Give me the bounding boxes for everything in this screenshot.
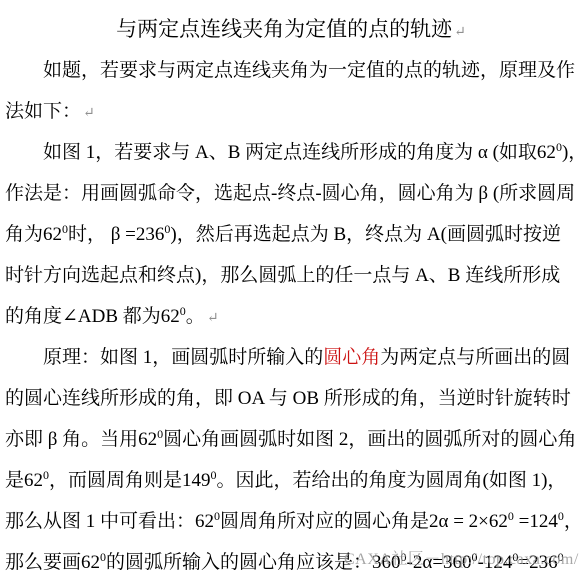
text-run: 那么从图 1 中可看出：62: [5, 511, 214, 532]
caxa-watermark: CAXA社区－http://top.caxa.com/: [344, 549, 579, 571]
text-run: =124: [514, 511, 558, 532]
superscript-degree: 0: [62, 222, 68, 236]
text-run: ，: [564, 511, 582, 532]
superscript-degree: 0: [164, 222, 170, 236]
text-run: 。: [186, 306, 205, 327]
text-run: 作法是：用画圆弧命令，选起点-终点-圆心角，圆心角为 β (所求圆周: [5, 183, 575, 204]
text-run: 时， β =236: [68, 224, 164, 245]
highlighted-term: 圆心角: [323, 347, 380, 368]
text-run: ，而圆周角则是149: [49, 470, 211, 491]
text-run: 的角度∠ADB 都为62: [5, 306, 180, 327]
text-run: 为两定点与所画出的圆: [380, 347, 570, 368]
paragraph-2-line-3: 角为620时， β =2360)，然后再选起点为 B，终点为 A(画圆弧时按逆: [5, 214, 577, 255]
paragraph-1-line-2: 法如下：↵: [5, 91, 577, 132]
paragraph-1-line-1: 如题，若要求与两定点连线夹角为一定值的点的轨迹，原理及作: [5, 50, 577, 91]
superscript-degree: 0: [43, 468, 49, 482]
text-run: 亦即 β 角。当用62: [5, 429, 157, 450]
text-run: 与两定点连线夹角为定值的点的轨迹: [116, 17, 452, 41]
text-run: 原理：如图 1，画圆弧时所输入的: [43, 347, 323, 368]
document-page: 与两定点连线夹角为定值的点的轨迹↵ 如题，若要求与两定点连线夹角为一定值的点的轨…: [0, 0, 582, 577]
paragraph-3-line-2: 的圆心连线所形成的角，即 OA 与 OB 所形成的角，当逆时针旋转时: [5, 378, 577, 419]
superscript-degree: 0: [100, 550, 106, 564]
text-run: 如题，若要求与两定点连线夹角为一定值的点的轨迹，原理及作: [43, 60, 575, 81]
paragraph-3-line-1: 原理：如图 1，画圆弧时所输入的圆心角为两定点与所画出的圆: [5, 337, 577, 378]
paragraph-2-line-1: 如图 1，若要求与 A、B 两定点连线所形成的角度为 α (如取620)，: [5, 132, 577, 173]
superscript-degree: 0: [508, 509, 514, 523]
paragraph-mark-icon: ↵: [81, 106, 95, 121]
paragraph-2-line-2: 作法是：用画圆弧命令，选起点-终点-圆心角，圆心角为 β (所求圆周: [5, 173, 577, 214]
superscript-degree: 0: [556, 140, 562, 154]
paragraph-mark-icon: ↵: [205, 311, 219, 326]
text-run: 是62: [5, 470, 43, 491]
paragraph-mark-icon: ↵: [452, 25, 466, 40]
superscript-degree: 0: [214, 509, 220, 523]
text-run: 。因此，若给出的角度为圆周角(如图 1)，: [217, 470, 567, 491]
paragraph-3-line-3: 亦即 β 角。当用620圆心角画圆弧时如图 2，画出的圆弧所对的圆心角: [5, 419, 577, 460]
text-run: 的圆心连线所形成的角，即 OA 与 OB 所形成的角，当逆时针旋转时: [5, 388, 571, 409]
document-title: 与两定点连线夹角为定值的点的轨迹↵: [5, 9, 577, 50]
text-run: 如图 1，若要求与 A、B 两定点连线所形成的角度为 α (如取62: [43, 142, 556, 163]
text-run: 圆心角画圆弧时如图 2，画出的圆弧所对的圆心角: [163, 429, 576, 450]
superscript-degree: 0: [157, 427, 163, 441]
superscript-degree: 0: [180, 304, 186, 318]
text-run: 法如下：: [5, 101, 81, 122]
text-run: 时针方向选起点和终点)，那么圆弧上的任一点与 A、B 连线所形成: [5, 265, 560, 286]
text-run: )，然后再选起点为 B，终点为 A(画圆弧时按逆: [170, 224, 561, 245]
paragraph-3-line-5: 那么从图 1 中可看出：620圆周角所对应的圆心角是2α = 2×620 =12…: [5, 501, 577, 542]
paragraph-2-line-4: 时针方向选起点和终点)，那么圆弧上的任一点与 A、B 连线所形成: [5, 255, 577, 296]
text-run: )，: [562, 142, 582, 163]
document-body: 与两定点连线夹角为定值的点的轨迹↵ 如题，若要求与两定点连线夹角为一定值的点的轨…: [5, 9, 577, 577]
paragraph-2-line-5: 的角度∠ADB 都为620。↵: [5, 296, 577, 337]
text-run: 那么要画62: [5, 552, 100, 573]
superscript-degree: 0: [211, 468, 217, 482]
text-run: 圆周角所对应的圆心角是2α = 2×62: [220, 511, 508, 532]
superscript-degree: 0: [558, 509, 564, 523]
text-run: 角为62: [5, 224, 62, 245]
paragraph-3-line-4: 是620，而圆周角则是1490。因此，若给出的角度为圆周角(如图 1)，: [5, 460, 577, 501]
